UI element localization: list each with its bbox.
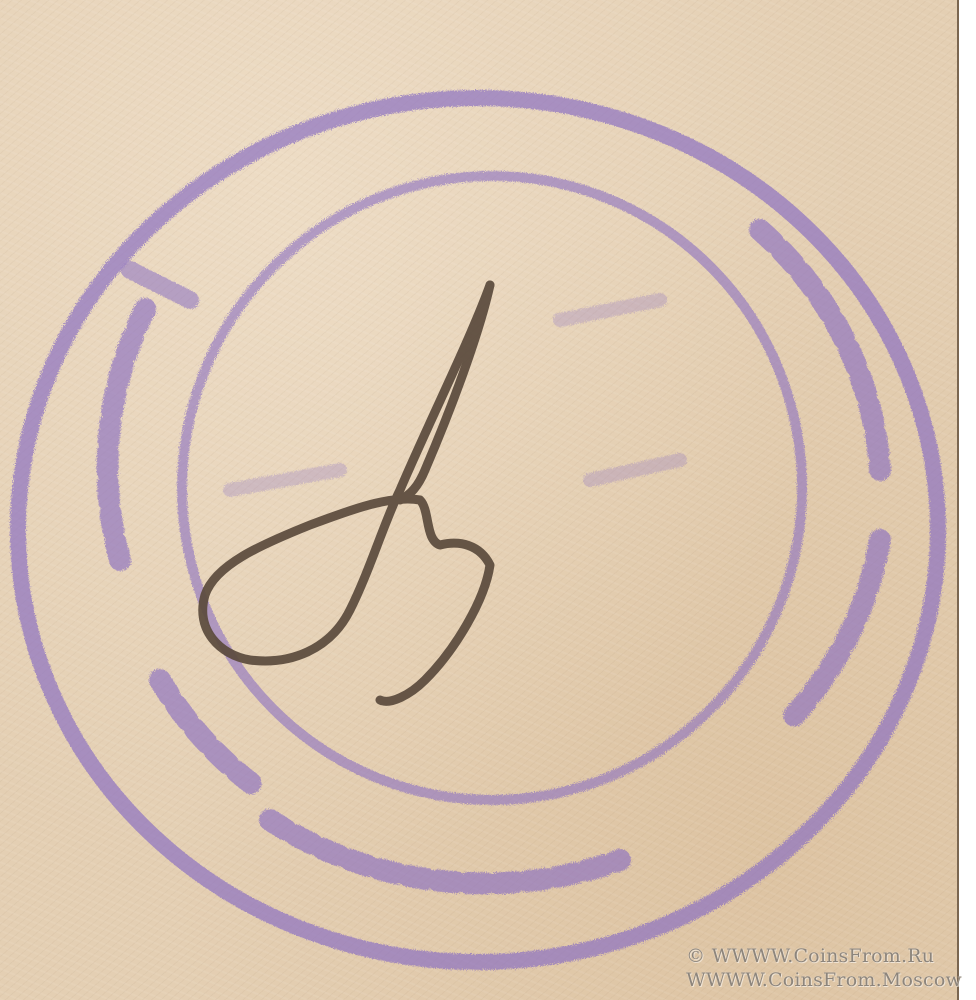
watermark: © WWWW.CoinsFrom.Ru WWWW.CoinsFrom.Mosco… [686, 944, 962, 992]
watermark-line-2: WWWW.CoinsFrom.Moscow [686, 968, 962, 992]
stamp [18, 98, 938, 962]
watermark-line-1: © WWWW.CoinsFrom.Ru [686, 944, 962, 968]
stamp-and-signature [0, 0, 976, 1000]
